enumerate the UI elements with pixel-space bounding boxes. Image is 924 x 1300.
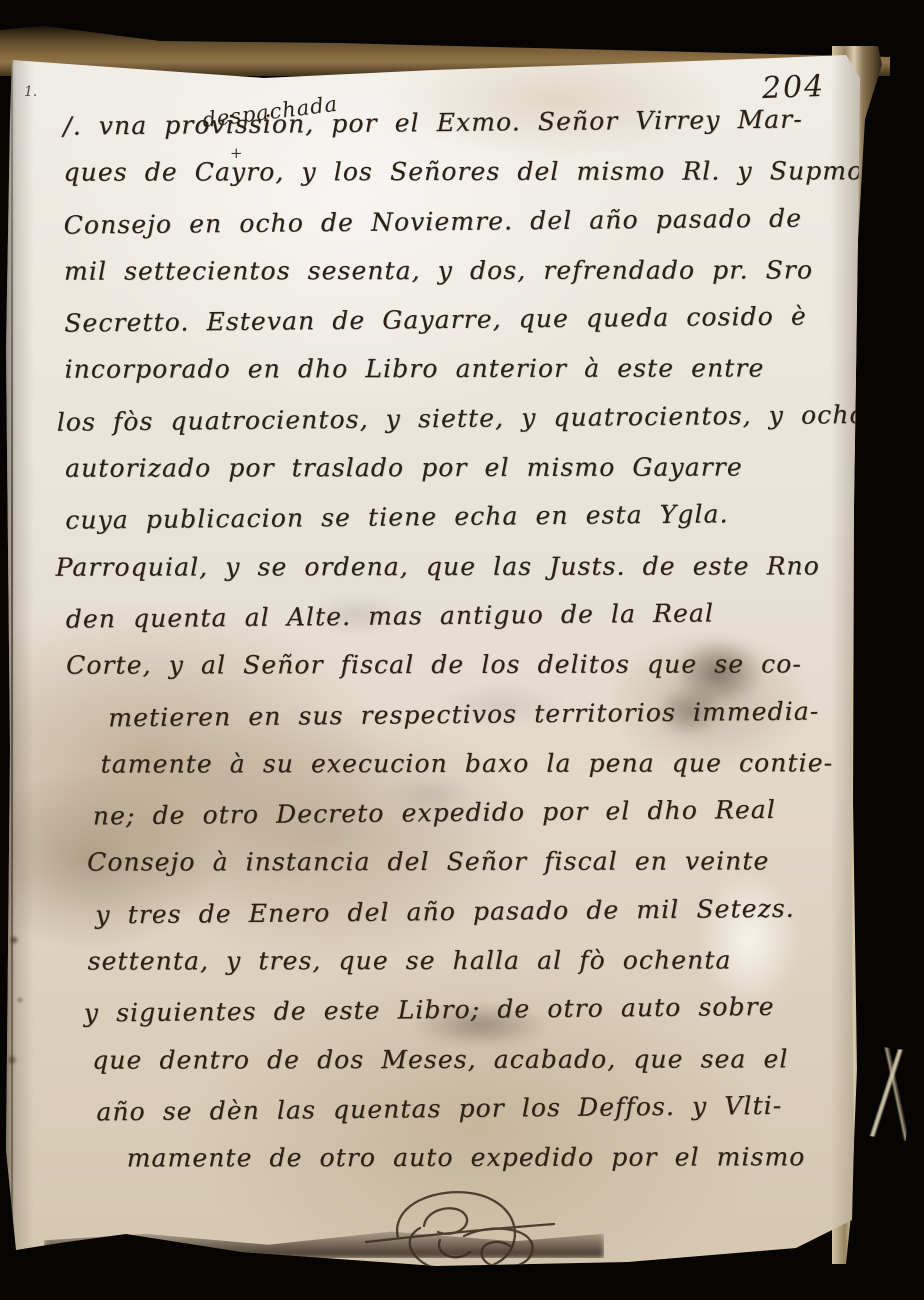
manuscript-line: ne; de otro Decreto expedido por el dho … [93, 795, 827, 851]
manuscript-line: cuya publicacion se tiene echa en esta Y… [65, 499, 825, 556]
manuscript-line: settenta, y tres, que se halla al fò och… [88, 945, 828, 996]
manuscript-line: mil settecientos sesenta, y dos, refrend… [64, 255, 824, 306]
manuscript-line: metieren en sus respectivos territorios … [108, 696, 826, 752]
manuscript-line: autorizado por traslado por el mismo Gay… [65, 452, 825, 503]
margin-mark: 1. [24, 84, 37, 100]
manuscript-line: Consejo à instancia del Señor fiscal en … [87, 847, 827, 898]
manuscript-line: los fòs quatrocientos, y siette, y quatr… [57, 400, 825, 457]
folio-number: 204 [761, 69, 825, 106]
manuscript-line: y tres de Enero del año pasado de mil Se… [95, 893, 827, 949]
rubric-flourish-icon [360, 1178, 560, 1288]
manuscript-line: incorporado en dho Libro anterior à este… [65, 354, 825, 405]
manuscript-text: /. vna provission, por el Exmo. Señor Vi… [63, 106, 829, 1194]
manuscript-line: y siguientes de este Libro; de otro auto… [84, 992, 828, 1048]
manuscript-line: ques de Cayro, y los Señores del mismo R… [64, 157, 824, 208]
manuscript-line: que dentro de dos Meses, acabado, que se… [92, 1044, 828, 1095]
photograph-background: 204 1. despachada + /. vna provission, p… [0, 0, 924, 1300]
manuscript-line: Parroquial, y se ordena, que las Justs. … [56, 551, 826, 602]
manuscript-line: Secretto. Estevan de Gayarre, que queda … [64, 302, 824, 359]
manuscript-line: den quenta al Alte. mas antiguo de la Re… [66, 597, 826, 654]
manuscript-line: /. vna provission, por el Exmo. Señor Vi… [63, 104, 823, 161]
manuscript-line: tamente à su execucion baxo la pena que … [101, 748, 827, 799]
manuscript-line: Consejo en ocho de Noviemre. del año pas… [64, 203, 824, 260]
binding-gutter [4, 50, 34, 1276]
manuscript-line: año se dèn las quentas por los Deffos. y… [96, 1090, 828, 1146]
page-right-shade [830, 50, 864, 1276]
binding-gutter-line [11, 50, 13, 1276]
loose-thread [856, 1045, 918, 1141]
manuscript-page: 204 1. despachada + /. vna provission, p… [4, 50, 864, 1276]
manuscript-line: Corte, y al Señor fiscal de los delitos … [66, 650, 826, 701]
